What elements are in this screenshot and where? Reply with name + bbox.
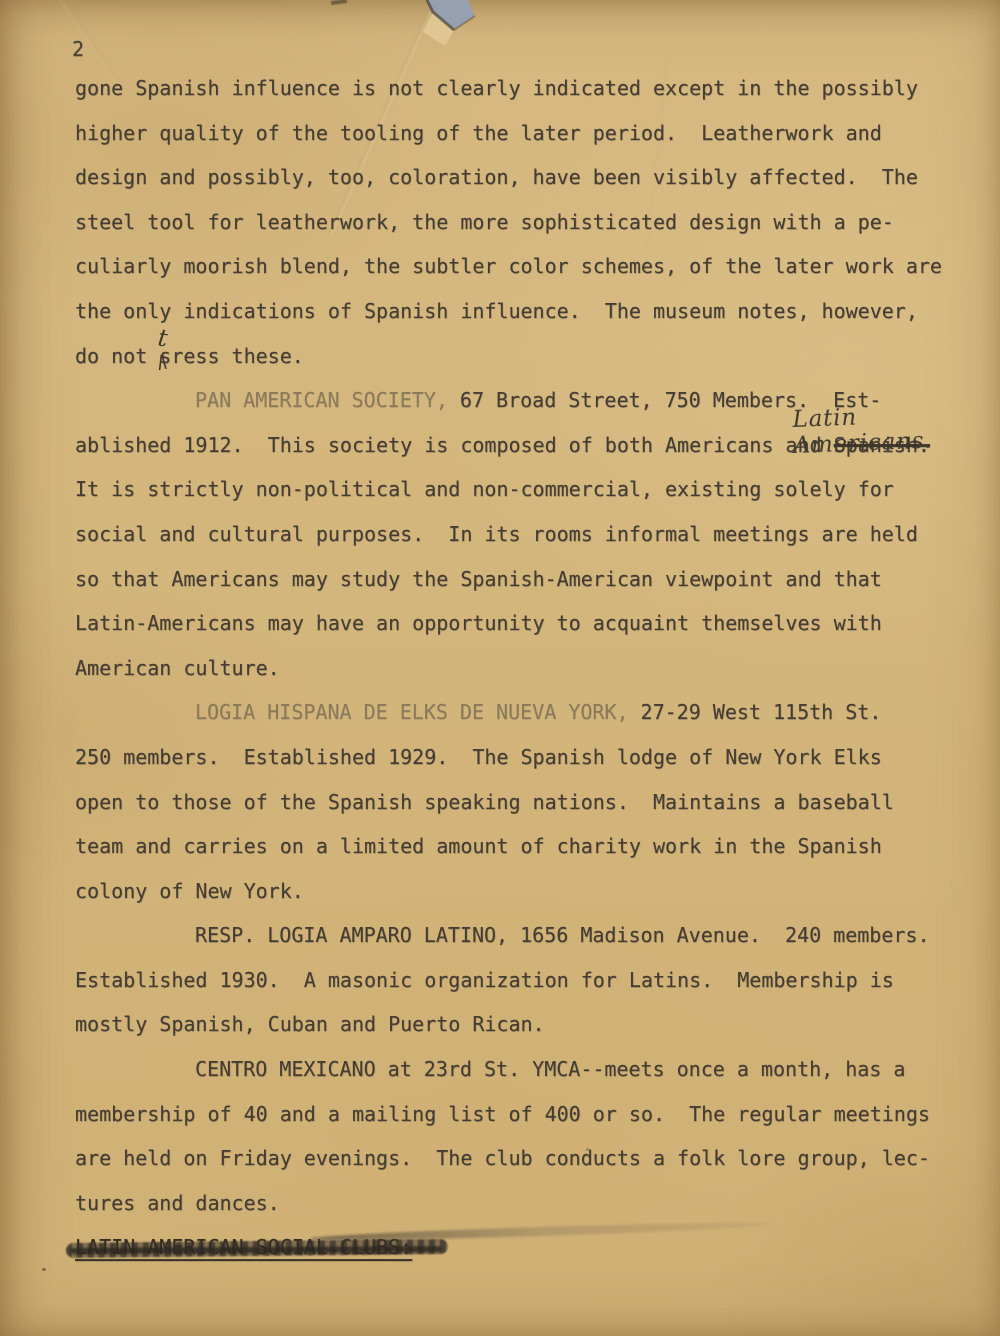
typed-line: gone Spanish influence is not clearly in… [75, 66, 965, 111]
typed-text: tures and dances. [75, 1191, 280, 1215]
typed-line: do not sress these. [75, 334, 965, 379]
typed-text: ablished 1912. This society is composed … [75, 433, 834, 457]
typed-text: are held on Friday evenings. The club co… [75, 1146, 930, 1170]
typed-text: 250 members. Established 1929. The Spani… [75, 745, 882, 769]
typed-line: so that Americans may study the Spanish-… [75, 557, 965, 602]
torn-notch [405, 0, 500, 50]
typed-line: the only indications of Spanish influenc… [75, 289, 965, 334]
typed-line: Established 1930. A masonic organization… [75, 958, 965, 1003]
typed-text: PAN AMERICAN SOCIETY, [195, 388, 460, 412]
typed-line: team and carries on a limited amount of … [75, 824, 965, 869]
typed-text: Established 1930. A masonic organization… [75, 968, 894, 992]
typed-line: steel tool for leatherwork, the more sop… [75, 200, 965, 245]
typed-text: so that Americans may study the Spanish-… [75, 567, 882, 591]
paper-tear-mark [331, 0, 347, 5]
typed-line: CENTRO MEXICANO at 23rd St. YMCA--meets … [75, 1047, 965, 1092]
typed-text: membership of 40 and a mailing list of 4… [75, 1102, 930, 1126]
typed-line: LATIN AMERICAN SOCIAL CLUBS: [75, 1225, 965, 1270]
typed-line: culiarly moorish blend, the subtler colo… [75, 244, 965, 289]
typed-text: LATIN AMERICAN SOCIAL CLUBS: [75, 1235, 412, 1259]
typed-text: open to those of the Spanish speaking na… [75, 790, 894, 814]
typed-line: open to those of the Spanish speaking na… [75, 780, 965, 825]
typed-line: design and possibly, too, coloration, ha… [75, 155, 965, 200]
typed-text: design and possibly, too, coloration, ha… [75, 165, 918, 189]
typed-line: American culture. [75, 646, 965, 691]
typed-text: team and carries on a limited amount of … [75, 834, 882, 858]
page-number: 2 [72, 38, 84, 60]
typed-text: social and cultural purposes. In its roo… [75, 522, 918, 546]
document-page: 2 gone Spanish influence is not clearly … [0, 0, 1000, 1336]
typed-line: RESP. LOGIA AMPARO LATINO, 1656 Madison … [75, 913, 965, 958]
typed-line: colony of New York. [75, 869, 965, 914]
typed-text: Latin-Americans may have an opportunity … [75, 611, 882, 635]
typed-line: Latin-Americans may have an opportunity … [75, 601, 965, 646]
typed-text: American culture. [75, 656, 280, 680]
typed-lines: gone Spanish influence is not clearly in… [75, 66, 965, 1270]
typed-text: gone Spanish influence is not clearly in… [75, 76, 918, 100]
typed-line: mostly Spanish, Cuban and Puerto Rican. [75, 1002, 965, 1047]
typed-line: are held on Friday evenings. The club co… [75, 1136, 965, 1181]
typed-text: mostly Spanish, Cuban and Puerto Rican. [75, 1012, 545, 1036]
typed-text: steel tool for leatherwork, the more sop… [75, 210, 894, 234]
paper-speck [42, 1268, 46, 1271]
typed-text: do not sress these. [75, 344, 304, 368]
typed-text: colony of New York. [75, 879, 304, 903]
typed-text: It is strictly non-political and non-com… [75, 477, 894, 501]
typed-text: culiarly moorish blend, the subtler colo… [75, 254, 942, 278]
typed-text: 27-29 West 115th St. [641, 700, 882, 724]
typed-line: higher quality of the tooling of the lat… [75, 111, 965, 156]
typed-line: social and cultural purposes. In its roo… [75, 512, 965, 557]
typed-line: 250 members. Established 1929. The Spani… [75, 735, 965, 780]
typed-line: membership of 40 and a mailing list of 4… [75, 1092, 965, 1137]
typed-text: the only indications of Spanish influenc… [75, 299, 918, 323]
typed-text: higher quality of the tooling of the lat… [75, 121, 882, 145]
typed-text: LOGIA HISPANA DE ELKS DE NUEVA YORK, [195, 700, 641, 724]
typed-line: LOGIA HISPANA DE ELKS DE NUEVA YORK, 27-… [75, 690, 965, 735]
typed-text: RESP. LOGIA AMPARO LATINO, 1656 Madison … [195, 923, 930, 947]
typed-text: CENTRO MEXICANO at 23rd St. YMCA--meets … [195, 1057, 905, 1081]
handwritten-caret: ∧ [155, 346, 170, 378]
typed-line: It is strictly non-political and non-com… [75, 467, 965, 512]
typed-line: tures and dances. [75, 1181, 965, 1226]
handwritten-replacement-text: Latin Americans. [792, 399, 1000, 459]
